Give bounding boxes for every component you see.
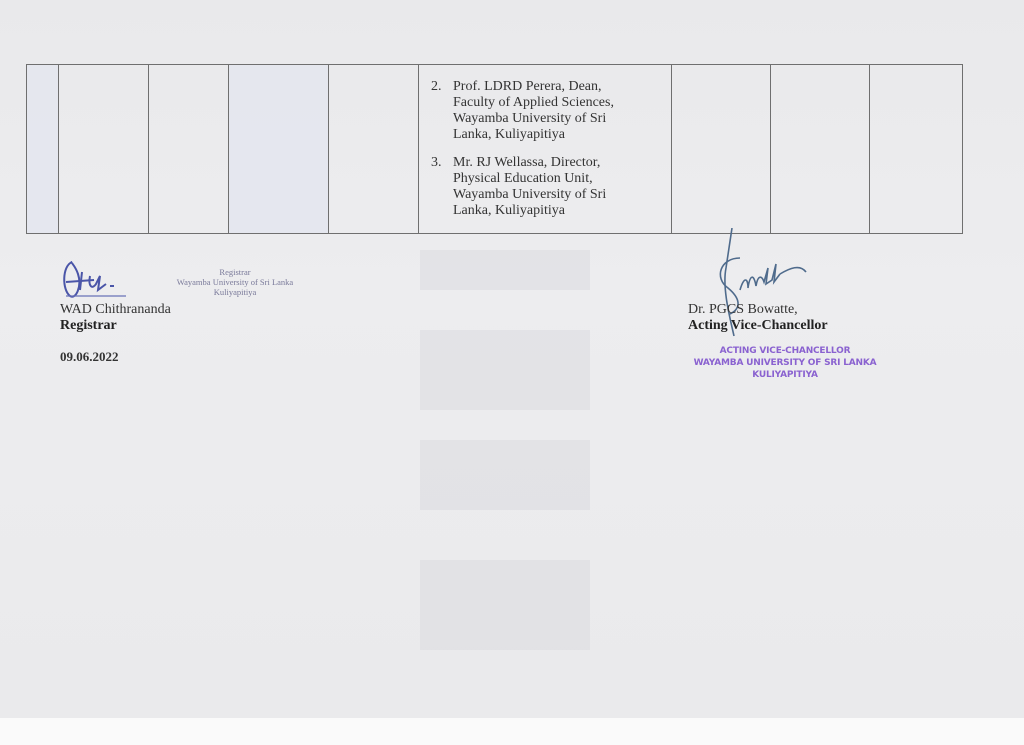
table-row: 2. Prof. LDRD Perera, Dean, Faculty of A…	[27, 65, 963, 234]
show-through-text	[420, 330, 590, 410]
show-through-text	[420, 250, 590, 290]
scanner-margin	[0, 718, 1024, 745]
committee-member: 3. Mr. RJ Wellassa, Director, Physical E…	[431, 155, 671, 219]
member-details: Prof. LDRD Perera, Dean, Faculty of Appl…	[453, 79, 643, 143]
stamp-line: Registrar	[160, 267, 310, 277]
show-through-text	[420, 560, 590, 650]
stamp-line: WAYAMBA UNIVERSITY OF SRI LANKA	[690, 357, 880, 369]
member-number: 2.	[431, 79, 453, 143]
member-details: Mr. RJ Wellassa, Director, Physical Educ…	[453, 155, 643, 219]
table-cell	[870, 65, 963, 234]
table-cell	[149, 65, 229, 234]
document-date: 09.06.2022	[60, 349, 119, 365]
committee-member: 2. Prof. LDRD Perera, Dean, Faculty of A…	[431, 79, 671, 143]
stamp-line: ACTING VICE-CHANCELLOR	[690, 345, 880, 357]
registrar-title: Registrar	[60, 318, 117, 334]
show-through-text	[420, 440, 590, 510]
vice-chancellor-name: Dr. PGCS Bowatte,	[688, 302, 798, 318]
vice-chancellor-title: Acting Vice-Chancellor	[688, 318, 828, 334]
table-cell-committee: 2. Prof. LDRD Perera, Dean, Faculty of A…	[419, 65, 672, 234]
table-cell-number	[27, 65, 59, 234]
registrar-stamp: Registrar Wayamba University of Sri Lank…	[160, 267, 310, 297]
stamp-line: Wayamba University of Sri Lanka	[160, 277, 310, 287]
stamp-line: Kuliyapitiya	[160, 287, 310, 297]
table-cell	[672, 65, 771, 234]
committee-table: 2. Prof. LDRD Perera, Dean, Faculty of A…	[26, 64, 963, 234]
table-cell	[59, 65, 149, 234]
vice-chancellor-stamp: ACTING VICE-CHANCELLOR WAYAMBA UNIVERSIT…	[690, 345, 880, 381]
registrar-name: WAD Chithrananda	[60, 302, 171, 318]
table-cell	[329, 65, 419, 234]
stamp-line: KULIYAPITIYA	[690, 369, 880, 381]
table-cell	[229, 65, 329, 234]
registrar-signature-icon	[60, 256, 130, 300]
table-cell	[771, 65, 870, 234]
member-number: 3.	[431, 155, 453, 219]
